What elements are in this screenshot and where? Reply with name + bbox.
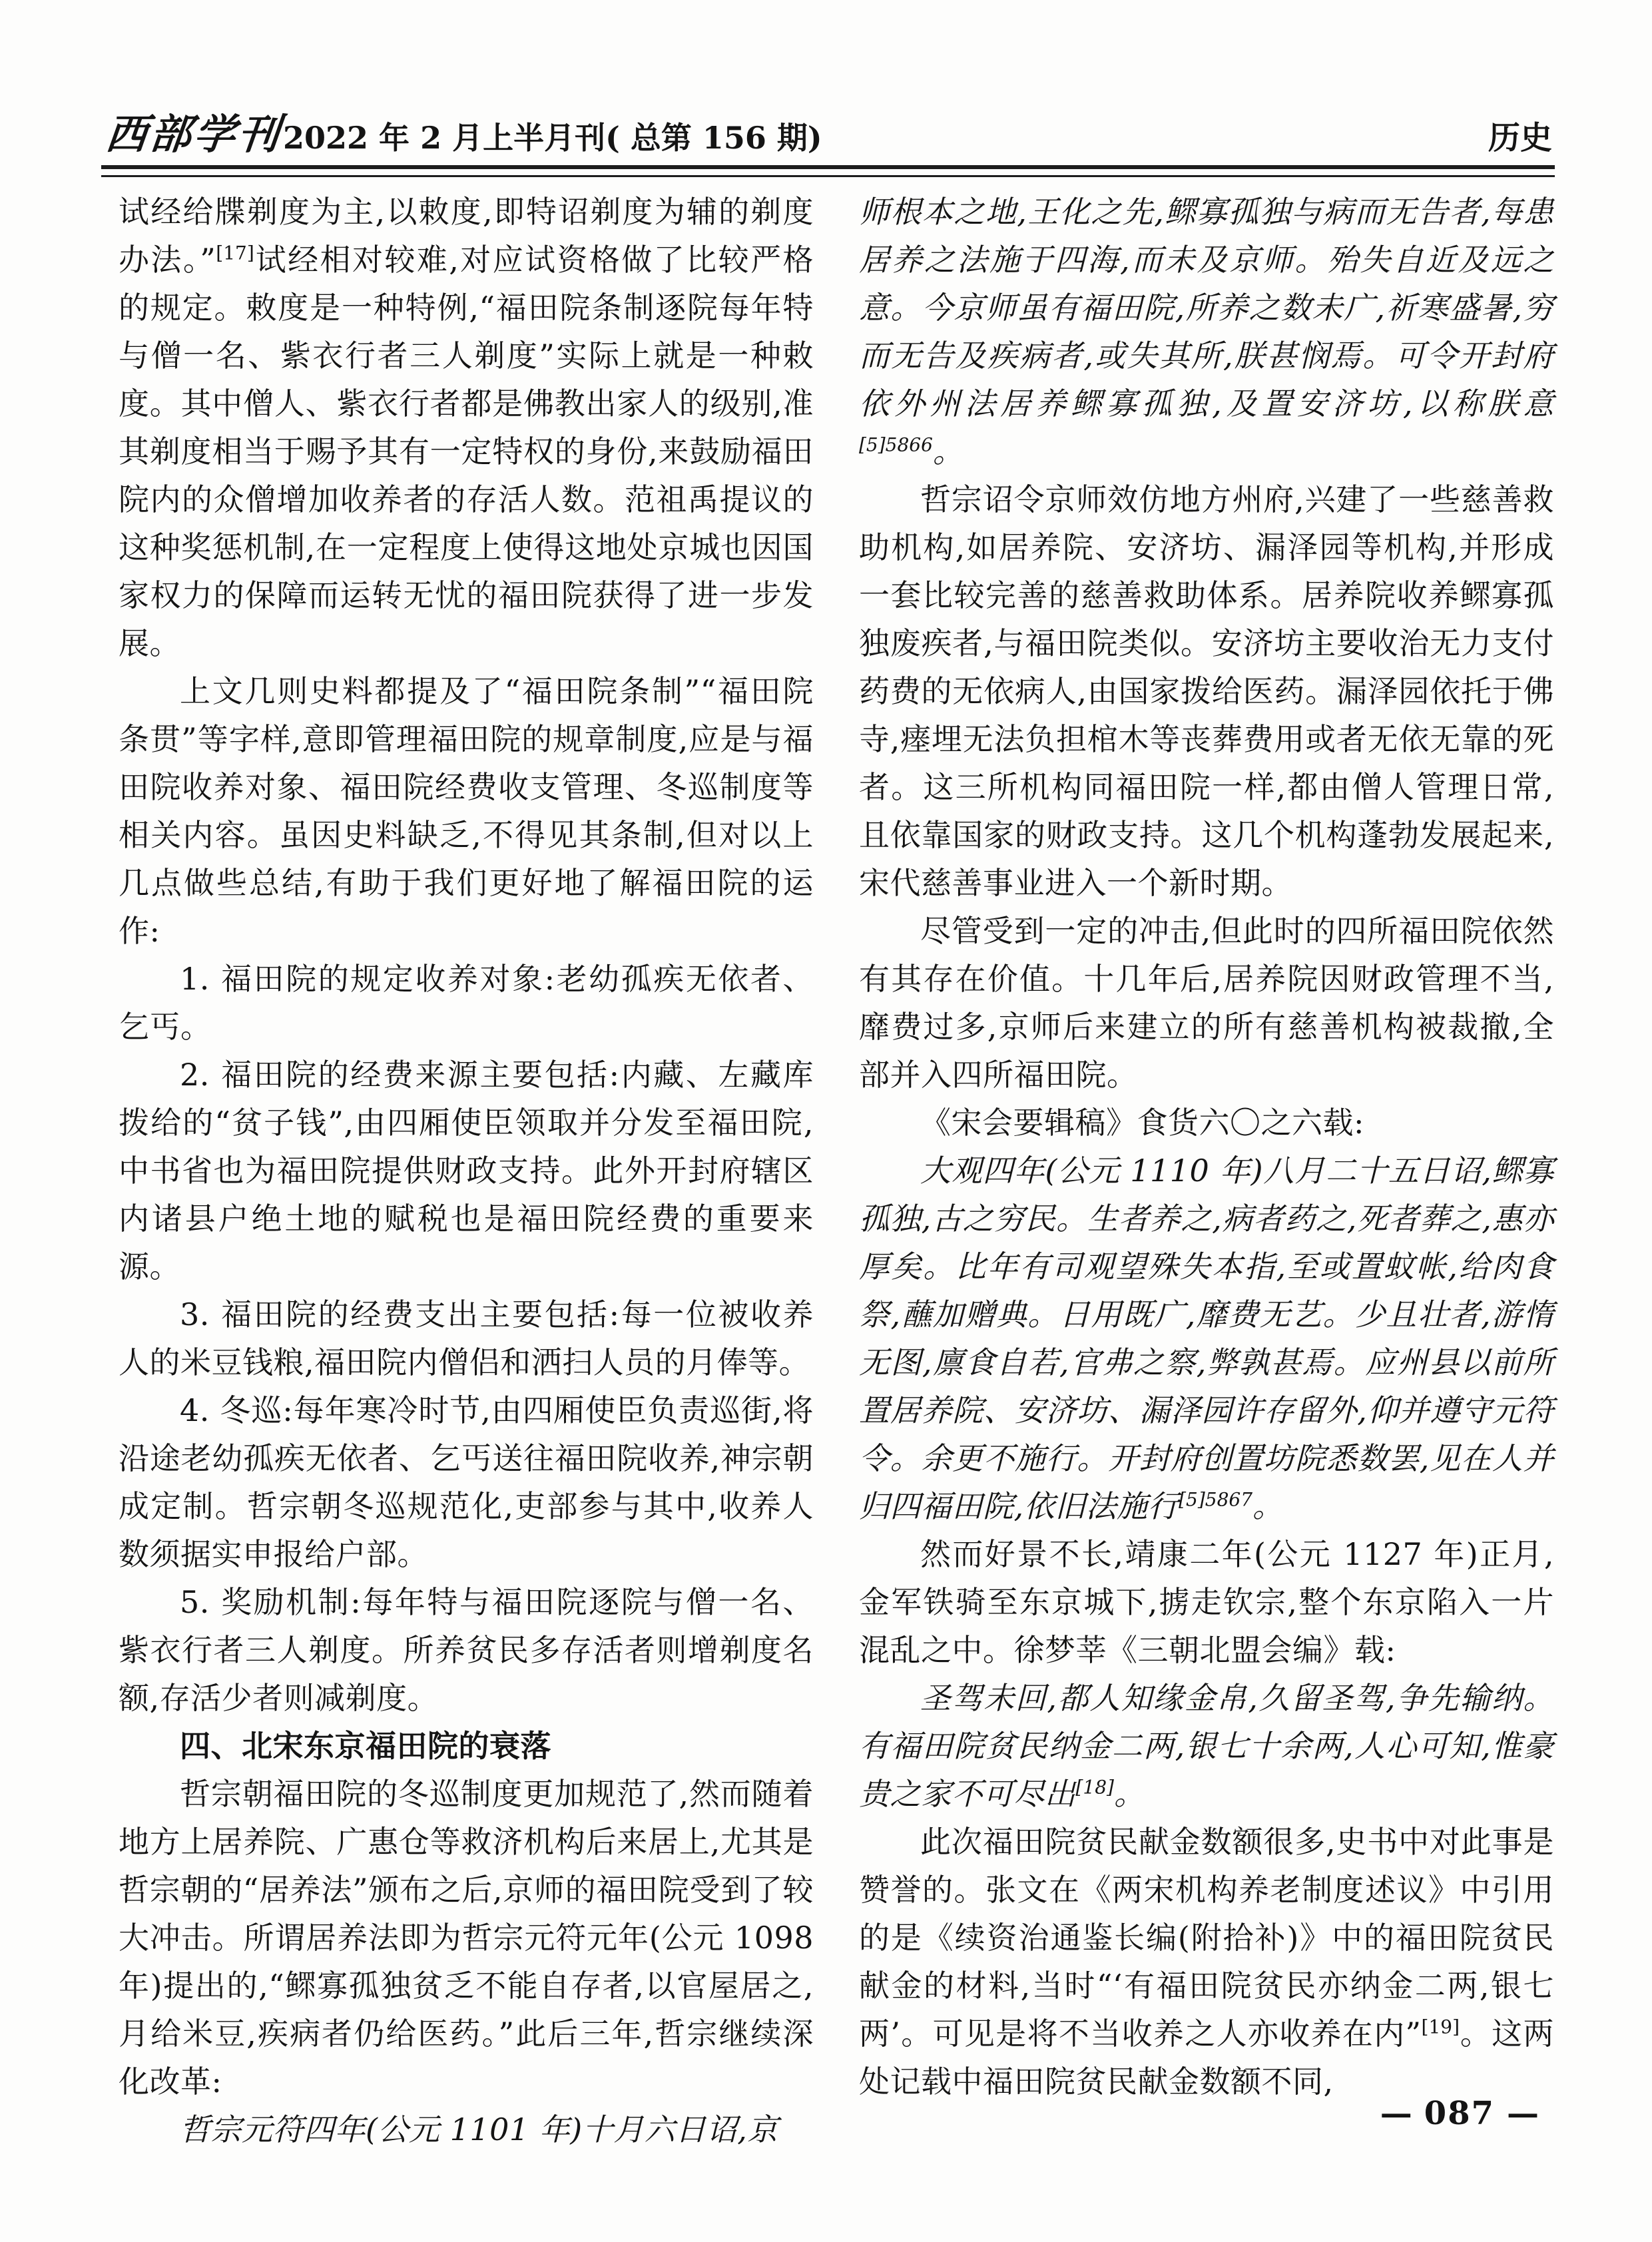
paragraph: 哲宗朝福田院的冬巡制度更加规范了,然而随着地方上居养院、广惠仓等救济机构后来居上…	[119, 1770, 814, 2105]
journal-page: 西部学刊 2022 年 2 月上半月刊( 总第 156 期) 历史 试经给牒剃度…	[0, 0, 1652, 2242]
paragraph: 《宋会要辑稿》食货六〇之六载:	[859, 1099, 1554, 1147]
paragraph: 上文几则史料都提及了“福田院条制”“福田院条贯”等字样,意即管理福田院的规章制度…	[119, 667, 814, 955]
paragraph: 此次福田院贫民献金数额很多,史书中对此事是赞誉的。张文在《两宋机构养老制度述议》…	[859, 1818, 1554, 2105]
issue-info: 2022 年 2 月上半月刊( 总第 156 期)	[283, 114, 822, 158]
paragraph: 圣驾未回,都人知缘金帛,久留圣驾,争先输纳。有福田院贫民纳金二两,银七十余两,人…	[859, 1674, 1554, 1818]
paragraph: 5. 奖励机制:每年特与福田院逐院与僧一名、紫衣行者三人剃度。所养贫民多存活者则…	[119, 1578, 814, 1722]
paragraph: 哲宗元符四年(公元 1101 年)十月六日诏,京	[119, 2105, 814, 2153]
paragraph: 2. 福田院的经费来源主要包括:内藏、左藏库拨给的“贫子钱”,由四厢使臣领取并分…	[119, 1051, 814, 1290]
page-footer: —087—	[1368, 2095, 1551, 2132]
right-column: 师根本之地,王化之先,鳏寡孤独与病而无告者,每患居养之法施于四海,而未及京师。殆…	[859, 188, 1554, 2153]
paragraph: 尽管受到一定的冲击,但此时的四所福田院依然有其存在价值。十几年后,居养院因财政管…	[859, 907, 1554, 1099]
left-column: 试经给牒剃度为主,以敕度,即特诏剃度为辅的剃度办法。”[17]试经相对较难,对应…	[119, 188, 814, 2153]
section-label: 历史	[1488, 112, 1552, 158]
header-divider	[101, 165, 1555, 177]
page-header: 西部学刊 2022 年 2 月上半月刊( 总第 156 期) 历史	[103, 101, 1552, 160]
journal-logo: 西部学刊	[103, 101, 285, 160]
citation-superscript: [5]5867	[1179, 1489, 1252, 1511]
paragraph: 师根本之地,王化之先,鳏寡孤独与病而无告者,每患居养之法施于四海,而未及京师。殆…	[859, 188, 1554, 475]
footer-right-dash: —	[1507, 2095, 1539, 2132]
paragraph: 大观四年(公元 1110 年)八月二十五日诏,鳏寡孤独,古之穷民。生者养之,病者…	[859, 1147, 1554, 1530]
paragraph: 哲宗诏令京师效仿地方州府,兴建了一些慈善救助机构,如居养院、安济坊、漏泽园等机构…	[859, 475, 1554, 907]
citation-superscript: [18]	[1076, 1777, 1114, 1799]
section-heading: 四、北宋东京福田院的衰落	[119, 1722, 814, 1770]
page-number: 087	[1424, 2095, 1495, 2132]
citation-superscript: [5]5866	[859, 434, 933, 456]
footer-left-dash: —	[1380, 2095, 1412, 2132]
citation-superscript: [19]	[1422, 2016, 1460, 2038]
paragraph: 试经给牒剃度为主,以敕度,即特诏剃度为辅的剃度办法。”[17]试经相对较难,对应…	[119, 188, 814, 667]
paragraph: 1. 福田院的规定收养对象:老幼孤疾无依者、乞丐。	[119, 955, 814, 1051]
citation-superscript: [17]	[216, 242, 254, 264]
paragraph: 3. 福田院的经费支出主要包括:每一位被收养人的米豆钱粮,福田院内僧侣和洒扫人员…	[119, 1290, 814, 1386]
paragraph: 然而好景不长,靖康二年(公元 1127 年)正月,金军铁骑至东京城下,掳走钦宗,…	[859, 1530, 1554, 1674]
article-body: 试经给牒剃度为主,以敕度,即特诏剃度为辅的剃度办法。”[17]试经相对较难,对应…	[119, 188, 1554, 2153]
paragraph: 4. 冬巡:每年寒冷时节,由四厢使臣负责巡街,将沿途老幼孤疾无依者、乞丐送往福田…	[119, 1386, 814, 1578]
